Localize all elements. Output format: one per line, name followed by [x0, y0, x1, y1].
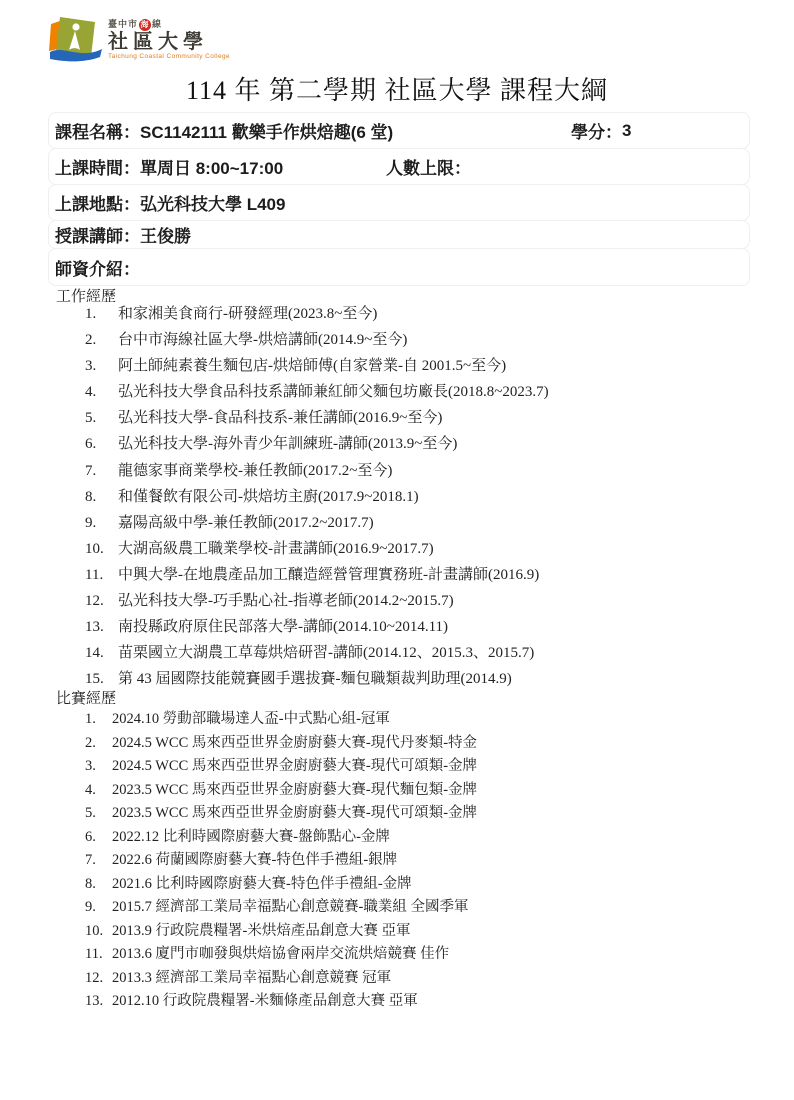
course-syllabus-page: 臺中市 海 線 社區大學 Taichung Coastal Community …	[0, 0, 794, 1100]
competitions-heading: 比賽經歷	[56, 690, 794, 708]
competition-item: 8. 2021.6 比利時國際廚藝大賽-特色伴手禮組-金牌	[85, 873, 794, 897]
item-text: 2013.9 行政院農糧署-米烘焙產品創意大賽 亞軍	[112, 920, 410, 944]
instructor-label: 授課講師：	[55, 222, 140, 247]
work-experience-item: 4. 弘光科技大學食品科技系講師兼紅師父麵包坊廠長(2018.8~2023.7)	[85, 379, 794, 405]
item-number: 1.	[85, 301, 118, 327]
item-number: 2.	[85, 327, 118, 353]
school-emblem-icon	[48, 14, 104, 66]
item-text: 2012.10 行政院農糧署-米麵條產品創意大賽 亞軍	[112, 990, 418, 1014]
work-experience-item: 7. 龍德家事商業學校-兼任教師(2017.2~至今)	[85, 458, 794, 484]
item-text: 2013.3 經濟部工業局幸福點心創意競賽 冠軍	[112, 967, 391, 991]
capacity-label: 人數上限：	[386, 154, 471, 179]
course-name-value: SC1142111 歡樂手作烘焙趣(6 堂)	[140, 118, 393, 143]
item-text: 2021.6 比利時國際廚藝大賽-特色伴手禮組-金牌	[112, 873, 412, 897]
item-text: 大湖高級農工職業學校-計畫講師(2016.9~2017.7)	[118, 536, 434, 562]
region-circle-char: 海	[141, 18, 150, 31]
item-number: 5.	[85, 405, 118, 431]
page-title: 114 年 第二學期 社區大學 課程大綱	[0, 74, 794, 108]
item-number: 4.	[85, 779, 112, 803]
item-number: 10.	[85, 920, 112, 944]
item-number: 6.	[85, 431, 118, 457]
credits-label: 學分：	[571, 118, 622, 143]
item-number: 5.	[85, 802, 112, 826]
work-experience-item: 11. 中興大學-在地農產品加工釀造經營管理實務班-計畫講師(2016.9)	[85, 562, 794, 588]
item-text: 2015.7 經濟部工業局幸福點心創意競賽-職業組 全國季軍	[112, 896, 468, 920]
competition-item: 10. 2013.9 行政院農糧署-米烘焙產品創意大賽 亞軍	[85, 920, 794, 944]
credits-value: 3	[622, 121, 631, 141]
work-experience-item: 15. 第 43 屆國際技能競賽國手選拔賽-麵包職類裁判助理(2014.9)	[85, 666, 794, 692]
item-text: 2022.12 比利時國際廚藝大賽-盤飾點心-金牌	[112, 826, 390, 850]
work-experience-list: 1. 和家湘美食商行-研發經理(2023.8~至今) 2. 台中市海線社區大學-…	[85, 301, 794, 692]
course-name-label: 課程名稱：	[55, 118, 140, 143]
item-text: 和僅餐飲有限公司-烘焙坊主廚(2017.9~2018.1)	[118, 484, 419, 510]
item-number: 1.	[85, 708, 112, 732]
item-number: 12.	[85, 588, 118, 614]
item-number: 4.	[85, 379, 118, 405]
course-name-row: 課程名稱： SC1142111 歡樂手作烘焙趣(6 堂) 學分： 3	[48, 112, 750, 149]
location-row: 上課地點： 弘光科技大學 L409	[48, 184, 750, 221]
school-logo: 臺中市 海 線 社區大學 Taichung Coastal Community …	[48, 14, 794, 66]
item-number: 8.	[85, 484, 118, 510]
capacity-pair: 人數上限：	[386, 154, 471, 179]
item-number: 10.	[85, 536, 118, 562]
item-text: 阿土師純素養生麵包店-烘焙師傅(自家營業-自 2001.5~至今)	[118, 353, 506, 379]
class-time-row: 上課時間： 單周日 8:00~17:00 人數上限：	[48, 148, 750, 185]
competition-item: 13. 2012.10 行政院農糧署-米麵條產品創意大賽 亞軍	[85, 990, 794, 1014]
item-number: 9.	[85, 510, 118, 536]
work-experience-item: 2. 台中市海線社區大學-烘焙講師(2014.9~至今)	[85, 327, 794, 353]
item-number: 15.	[85, 666, 118, 692]
work-experience-item: 9. 嘉陽高級中學-兼任教師(2017.2~2017.7)	[85, 510, 794, 536]
item-number: 3.	[85, 353, 118, 379]
competition-item: 6. 2022.12 比利時國際廚藝大賽-盤飾點心-金牌	[85, 826, 794, 850]
region-prefix: 臺中市	[108, 18, 138, 31]
work-experience-item: 12. 弘光科技大學-巧手點心社-指導老師(2014.2~2015.7)	[85, 588, 794, 614]
work-experience-item: 5. 弘光科技大學-食品科技系-兼任講師(2016.9~至今)	[85, 405, 794, 431]
credits-pair: 學分： 3	[571, 118, 631, 143]
item-number: 13.	[85, 990, 112, 1014]
work-experience-item: 3. 阿土師純素養生麵包店-烘焙師傅(自家營業-自 2001.5~至今)	[85, 353, 794, 379]
school-logo-text: 臺中市 海 線 社區大學 Taichung Coastal Community …	[108, 14, 230, 61]
class-time-value: 單周日 8:00~17:00	[140, 154, 283, 179]
item-text: 2024.5 WCC 馬來西亞世界金廚廚藝大賽-現代丹麥類-特金	[112, 732, 477, 756]
competition-item: 1. 2024.10 勞動部職場達人盃-中式點心組-冠軍	[85, 708, 794, 732]
school-name-english: Taichung Coastal Community College	[108, 53, 230, 61]
competition-item: 9. 2015.7 經濟部工業局幸福點心創意競賽-職業組 全國季軍	[85, 896, 794, 920]
item-text: 弘光科技大學食品科技系講師兼紅師父麵包坊廠長(2018.8~2023.7)	[118, 379, 549, 405]
item-number: 9.	[85, 896, 112, 920]
item-text: 2024.10 勞動部職場達人盃-中式點心組-冠軍	[112, 708, 390, 732]
teacher-intro-label: 師資介紹：	[55, 255, 140, 280]
item-number: 7.	[85, 849, 112, 873]
item-text: 2024.5 WCC 馬來西亞世界金廚廚藝大賽-現代可頌類-金牌	[112, 755, 477, 779]
item-text: 南投縣政府原住民部落大學-講師(2014.10~2014.11)	[118, 614, 448, 640]
competition-item: 12. 2013.3 經濟部工業局幸福點心創意競賽 冠軍	[85, 967, 794, 991]
item-number: 7.	[85, 458, 118, 484]
school-region-text: 臺中市 海 線	[108, 18, 230, 31]
teacher-intro-row: 師資介紹：	[48, 248, 750, 286]
competitions-list: 1. 2024.10 勞動部職場達人盃-中式點心組-冠軍 2. 2024.5 W…	[85, 708, 794, 1014]
instructor-row: 授課講師： 王俊勝	[48, 220, 750, 249]
item-text: 2023.5 WCC 馬來西亞世界金廚廚藝大賽-現代麵包類-金牌	[112, 779, 477, 803]
school-name-text: 社區大學	[108, 31, 230, 53]
item-number: 11.	[85, 943, 112, 967]
item-number: 13.	[85, 614, 118, 640]
item-text: 2022.6 荷蘭國際廚藝大賽-特色伴手禮組-銀牌	[112, 849, 397, 873]
item-number: 3.	[85, 755, 112, 779]
work-experience-item: 10. 大湖高級農工職業學校-計畫講師(2016.9~2017.7)	[85, 536, 794, 562]
item-number: 6.	[85, 826, 112, 850]
location-label: 上課地點：	[55, 190, 140, 215]
item-number: 12.	[85, 967, 112, 991]
item-text: 苗栗國立大湖農工草莓烘焙研習-講師(2014.12、2015.3、2015.7)	[118, 640, 534, 666]
work-experience-item: 8. 和僅餐飲有限公司-烘焙坊主廚(2017.9~2018.1)	[85, 484, 794, 510]
competition-item: 3. 2024.5 WCC 馬來西亞世界金廚廚藝大賽-現代可頌類-金牌	[85, 755, 794, 779]
item-number: 14.	[85, 640, 118, 666]
item-text: 2013.6 廈門市咖發與烘焙協會兩岸交流烘焙競賽 佳作	[112, 943, 449, 967]
instructor-value: 王俊勝	[140, 222, 191, 247]
competition-item: 7. 2022.6 荷蘭國際廚藝大賽-特色伴手禮組-銀牌	[85, 849, 794, 873]
competition-item: 2. 2024.5 WCC 馬來西亞世界金廚廚藝大賽-現代丹麥類-特金	[85, 732, 794, 756]
item-text: 台中市海線社區大學-烘焙講師(2014.9~至今)	[118, 327, 407, 353]
work-experience-item: 6. 弘光科技大學-海外青少年訓練班-講師(2013.9~至今)	[85, 431, 794, 457]
item-text: 弘光科技大學-海外青少年訓練班-講師(2013.9~至今)	[118, 431, 457, 457]
item-text: 龍德家事商業學校-兼任教師(2017.2~至今)	[118, 458, 392, 484]
item-text: 2023.5 WCC 馬來西亞世界金廚廚藝大賽-現代可頌類-金牌	[112, 802, 477, 826]
item-number: 8.	[85, 873, 112, 897]
region-circle-badge: 海	[139, 19, 151, 31]
class-time-label: 上課時間：	[55, 154, 140, 179]
competition-item: 11. 2013.6 廈門市咖發與烘焙協會兩岸交流烘焙競賽 佳作	[85, 943, 794, 967]
item-text: 嘉陽高級中學-兼任教師(2017.2~2017.7)	[118, 510, 374, 536]
item-number: 2.	[85, 732, 112, 756]
item-text: 中興大學-在地農產品加工釀造經營管理實務班-計畫講師(2016.9)	[118, 562, 539, 588]
location-value: 弘光科技大學 L409	[140, 190, 285, 215]
competition-item: 5. 2023.5 WCC 馬來西亞世界金廚廚藝大賽-現代可頌類-金牌	[85, 802, 794, 826]
item-text: 弘光科技大學-巧手點心社-指導老師(2014.2~2015.7)	[118, 588, 454, 614]
item-text: 和家湘美食商行-研發經理(2023.8~至今)	[118, 301, 377, 327]
work-experience-item: 1. 和家湘美食商行-研發經理(2023.8~至今)	[85, 301, 794, 327]
item-number: 11.	[85, 562, 118, 588]
course-info-table: 課程名稱： SC1142111 歡樂手作烘焙趣(6 堂) 學分： 3 上課時間：…	[48, 112, 750, 286]
work-experience-item: 14. 苗栗國立大湖農工草莓烘焙研習-講師(2014.12、2015.3、201…	[85, 640, 794, 666]
item-text: 第 43 屆國際技能競賽國手選拔賽-麵包職類裁判助理(2014.9)	[118, 666, 512, 692]
item-text: 弘光科技大學-食品科技系-兼任講師(2016.9~至今)	[118, 405, 442, 431]
region-suffix: 線	[152, 18, 162, 31]
competition-item: 4. 2023.5 WCC 馬來西亞世界金廚廚藝大賽-現代麵包類-金牌	[85, 779, 794, 803]
work-experience-item: 13. 南投縣政府原住民部落大學-講師(2014.10~2014.11)	[85, 614, 794, 640]
